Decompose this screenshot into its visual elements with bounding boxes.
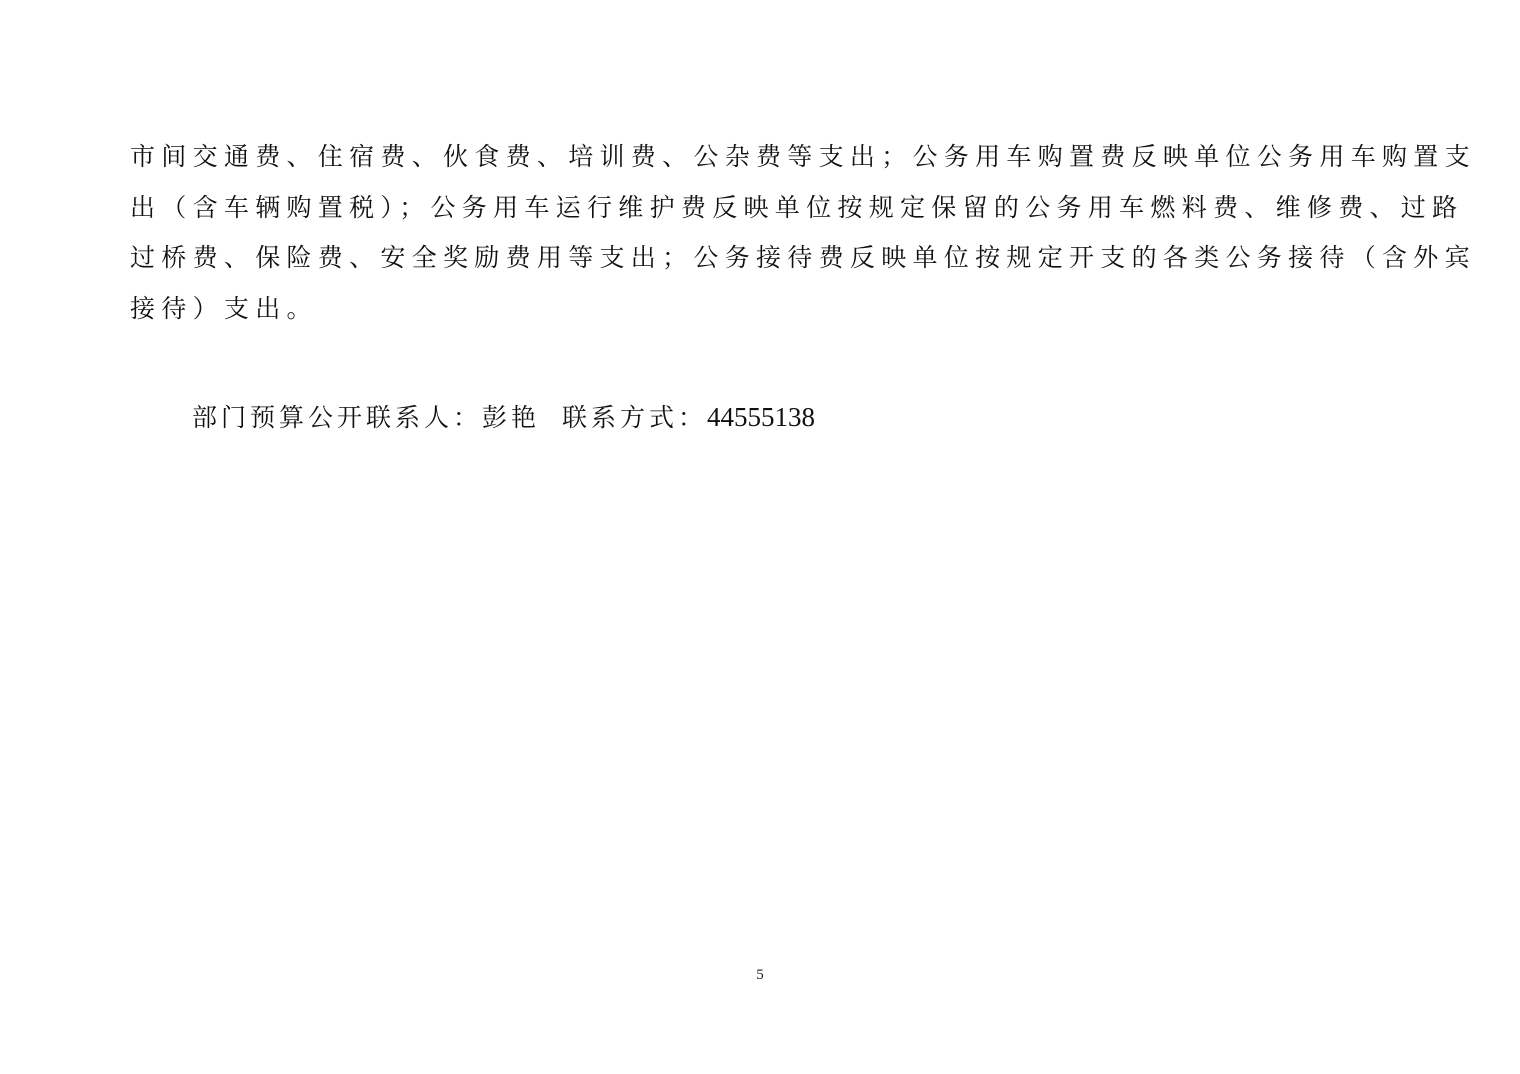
page-number: 5 — [0, 967, 1520, 984]
contact-info: 部门预算公开联系人：彭艳联系方式：44555138 — [192, 402, 815, 433]
contact-phone-label: 联系方式： — [562, 403, 707, 432]
document-page: 市间交通费、住宿费、伙食费、培训费、公杂费等支出；公务用车购置费反映单位公务用车… — [0, 0, 1520, 1074]
paragraph-line-4: 接待）支出。 — [130, 294, 318, 324]
contact-phone-number: 44555138 — [707, 402, 815, 432]
paragraph-line-1: 市间交通费、住宿费、伙食费、培训费、公杂费等支出；公务用车购置费反映单位公务用车… — [130, 142, 1476, 172]
contact-person-name: 彭艳 — [482, 403, 540, 432]
paragraph-line-3: 过桥费、保险费、安全奖励费用等支出；公务接待费反映单位按规定开支的各类公务接待（… — [130, 243, 1476, 273]
paragraph-line-2: 出（含车辆购置税）；公务用车运行维护费反映单位按规定保留的公务用车燃料费、维修费… — [130, 193, 1463, 223]
contact-person-label: 部门预算公开联系人： — [192, 403, 482, 432]
